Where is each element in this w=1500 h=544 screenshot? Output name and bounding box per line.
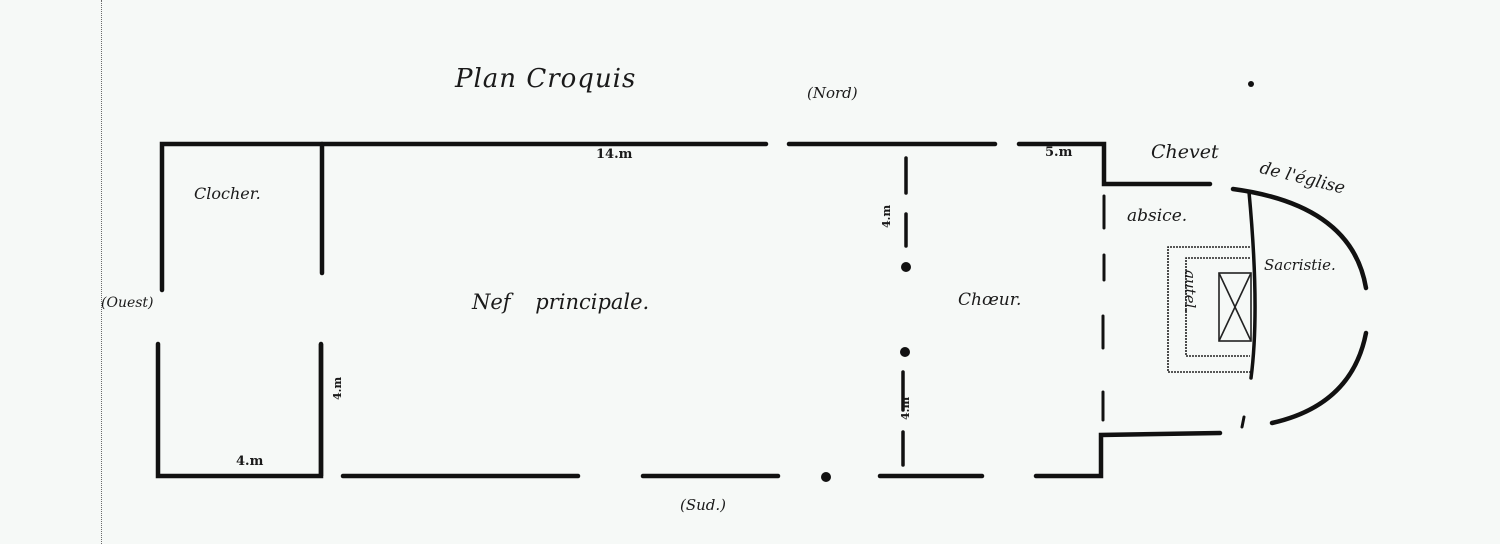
drawing-sheet: Plan Croquis (Nord) (Sud.) (Ouest) Cloch…: [0, 0, 1500, 544]
north-label: (Nord): [807, 86, 858, 101]
south-wall-east: [1036, 433, 1220, 476]
north-wall-west: [162, 144, 766, 290]
plan-title: Plan Croquis: [455, 66, 636, 92]
south-label: (Sud.): [680, 498, 726, 513]
pillar-south-door: [821, 472, 831, 482]
west-label: (Ouest): [101, 296, 154, 310]
room-label-sacristie: Sacristie.: [1264, 258, 1336, 273]
dimension-nave-length: 14.m: [596, 148, 632, 161]
pillar-south: [900, 347, 910, 357]
room-label-autel: autel.: [1182, 270, 1197, 313]
room-label-nef: Nef principale.: [472, 292, 649, 313]
pillar-north: [901, 262, 911, 272]
sacristy-wall: [1249, 192, 1255, 378]
dimension-choir-length: 5.m: [1045, 146, 1072, 159]
dimension-choir-width-bottom: 4.m: [900, 397, 911, 420]
apse-arc-lower: [1272, 333, 1366, 423]
dimension-choir-width-top: 4.m: [881, 205, 892, 228]
dimension-tower-width: 4.m: [236, 455, 263, 468]
ink-dot: [1248, 81, 1254, 87]
sacristy-tick: [1242, 417, 1244, 427]
room-label-choeur: Chœur.: [958, 292, 1021, 309]
room-label-absice: absice.: [1127, 208, 1187, 225]
dimension-tower-side: 4.m: [332, 377, 343, 400]
room-label-clocher: Clocher.: [194, 186, 261, 202]
annotation-chevet: Chevet: [1151, 143, 1219, 162]
